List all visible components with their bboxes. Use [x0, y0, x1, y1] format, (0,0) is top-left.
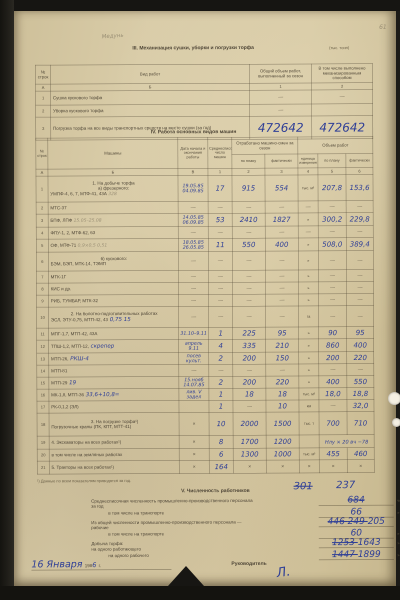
machine-name-line: ТПШ-1,2, МТП-12, скрепер [51, 343, 178, 350]
count-cell: 53 [208, 213, 232, 226]
printed-value: МТП-29 [51, 380, 67, 385]
section5-lines: Среднесписочная численность промышленно-… [91, 497, 374, 562]
total-volume-cell: 472642 [250, 116, 312, 139]
handwritten-value: 220 [354, 354, 367, 362]
headcount-value: 1447 1899 [319, 549, 394, 560]
shifts-fact-cell: 1000 [266, 448, 299, 460]
date-cell [179, 400, 209, 412]
index-cell: А [36, 169, 48, 176]
volume-fact-cell: 153,6 [346, 175, 373, 201]
row-num: 2 [36, 202, 48, 214]
volume-fact-cell: — [347, 306, 374, 327]
machine-name-cell: ОФ, МТФ-71 0,9×0,5 0,51 [48, 239, 178, 253]
volume-plan-cell: 18,0 [319, 388, 347, 400]
punch-hole [392, 418, 400, 427]
volume-plan-cell: 455 [319, 448, 347, 460]
row-num: 7 [36, 271, 48, 283]
volume-plan-cell: 508,0 [318, 238, 346, 251]
headcount-label: в том числе на транспорте [91, 531, 273, 537]
work-label: Уборка кускового торфа [51, 104, 250, 117]
printed-value: УМПФ-4, 6, 7, МТФ-41, 43А [50, 191, 107, 196]
machine-name-cell: б) кускового:БЭМ, БЭП, МТК-14, ТЭМП [48, 252, 178, 272]
shifts-fact-cell: — [265, 201, 298, 213]
machine-row: 2МТС-37——————— [36, 201, 373, 214]
handwritten-value: 684 [348, 494, 365, 505]
scan-edge-left [0, 0, 14, 600]
col-header-volume: Объем работ [298, 137, 373, 154]
row-num: 20 [37, 449, 49, 461]
shifts-plan-cell: — [232, 294, 265, 306]
count-cell: 10 [209, 412, 233, 435]
handwritten-value: 400 [326, 378, 339, 386]
handwritten-value: 14.07.85 [180, 382, 208, 387]
machine-name-cell: МПГ-1,7, МТП-42, 43А [49, 328, 179, 341]
printed-value: ТПШ-1,2, МТП-12, [51, 344, 89, 349]
row-num: 18 [37, 413, 49, 436]
machine-row: 102. На болотно-подготовительных работах… [37, 306, 374, 328]
year-printed: 198 [85, 563, 93, 568]
machine-name-cell: 1. На добыче торфаа) фрезерного:УМПФ-4, … [48, 176, 178, 203]
machine-row: 17РК-0,1,2 (ЭЛ)1—10км—32,0 [37, 400, 374, 413]
shifts-fact-cell: — [265, 226, 298, 238]
value-suffix: » [397, 553, 399, 558]
volume-fact-cell: — [347, 364, 374, 376]
handwritten-value: 550 [354, 378, 367, 386]
count-cell: 2 [209, 376, 233, 388]
handwritten-value: 1500 [274, 420, 292, 428]
date-cell: 15.нояб14.07.85 [179, 376, 209, 388]
handwritten-value: 915 [242, 184, 255, 192]
count-cell: — [208, 226, 232, 238]
shifts-plan-cell: 200 [233, 352, 266, 364]
printed-value: МТП-26, [51, 356, 69, 361]
headcount-label: Добыча торфа: на одного работающего [91, 541, 256, 552]
unit-cell: » [299, 339, 319, 352]
shifts-plan-cell: 1700 [233, 435, 266, 448]
handwritten-value: культ. [180, 358, 208, 363]
row-num: 6 [36, 252, 48, 271]
scanned-page-background: Медунь 61 III. Механизация сушки, уборки… [0, 0, 400, 600]
year-handwritten: 6 [92, 562, 96, 570]
shifts-plan-cell: 225 [233, 327, 266, 339]
count-cell: — [208, 294, 232, 306]
count-cell: 1 [209, 327, 233, 339]
count-cell: 1 [209, 400, 233, 412]
handwritten-value: РКШ-4 [68, 355, 88, 362]
machine-name-line: МПГ-1,7, МТП-42, 43А [51, 331, 178, 337]
printed-value: ФПУ-1, 2, МТФ-62, 63 [50, 230, 95, 235]
row-num: 10 [37, 307, 49, 328]
col-header-date: Дата начала и окончания работы [178, 137, 208, 168]
row-num: 5 [36, 239, 48, 252]
headcount-value: 684 [319, 494, 394, 505]
handwritten-value: 200 [243, 354, 256, 362]
col-header-work: Вид работ [50, 64, 249, 84]
col-header-rownum: № строк [35, 65, 50, 84]
row-num: 16 [37, 389, 49, 401]
value-suffix: » [397, 532, 399, 537]
handwritten-value: 1200 [274, 438, 292, 446]
handwritten-value: скрепер [89, 343, 114, 350]
volume-fact-cell: — [346, 226, 373, 238]
handwritten-value: 164 [215, 463, 228, 471]
shifts-plan-cell: 335 [233, 339, 266, 352]
count-cell: 164 [209, 460, 233, 473]
handwritten-value: 11 [216, 241, 225, 249]
handwritten-value: 10 [217, 420, 226, 428]
handwritten-value: 207,8 [322, 184, 342, 192]
mech-volume-cell: 472642 [312, 116, 373, 139]
shifts-fact-cell: — [265, 294, 298, 306]
value-suffix: » [397, 541, 399, 546]
handwritten-value: 229,8 [350, 215, 370, 223]
signature-label: Руководитель [231, 561, 266, 567]
date-cell: посевкульт. [179, 352, 209, 364]
shifts-plan-cell: 550 [232, 238, 265, 251]
handwritten-value: 10 [278, 402, 287, 410]
volume-plan-cell: 207,8 [318, 175, 346, 201]
printed-value: 0,9×0,5 0,51 [76, 243, 107, 248]
volume-plan-cell: — [318, 282, 346, 294]
volume-fact-cell: — [346, 251, 373, 270]
volume-note-cell: Нлу × 20 вч −78 [319, 435, 374, 448]
footnote: ¹) Данные по всем показателям приводятся… [37, 478, 131, 483]
shifts-plan-cell: — [232, 270, 265, 282]
volume-fact-cell: — [346, 201, 373, 213]
printed-value: БЭМ, БЭП, МТК-14, ТЭМП [51, 261, 106, 266]
index-cell: А [36, 84, 51, 91]
handwritten-value: 700 [326, 419, 339, 427]
shifts-plan-cell: — [233, 306, 266, 327]
mech-volume-cell: — [312, 90, 373, 104]
unit-cell: тыс. м³ [298, 175, 318, 201]
shifts-fact-cell: — [266, 364, 299, 376]
row-num: 17 [37, 401, 49, 413]
machine-name-cell: МТП-26, РКШ-4 [49, 353, 179, 366]
shifts-fact-cell: — [266, 306, 299, 327]
machine-name-cell: 4. Экскаваторы на всех работах¹) [49, 436, 179, 450]
headcount-label: Среднесписочная численность промышленно-… [91, 498, 256, 509]
printed-value: РК-0,1,2 (ЭЛ) [51, 404, 78, 409]
count-cell: — [209, 306, 233, 327]
handwritten-value: 220 [276, 378, 289, 386]
headcount-new-value: 237 [336, 479, 355, 491]
machine-name-line: МТС-37 [50, 205, 177, 211]
handwritten-value: 200 [243, 378, 256, 386]
date-cell: × [179, 448, 209, 460]
volume-plan-cell: 400 [319, 376, 347, 388]
handwritten-value: 90 [328, 329, 337, 337]
row-num: 11 [37, 328, 49, 340]
handwritten-value: 389,4 [350, 240, 370, 248]
machine-name-cell: в том числе на земляных работах [49, 449, 179, 462]
row-num: 14 [37, 365, 49, 377]
col-header-shift-fact: фактически [265, 154, 298, 168]
row-num: 2 [36, 105, 51, 117]
shifts-fact-cell: 18 [266, 388, 299, 400]
date-cell: — [178, 270, 208, 282]
shifts-fact-cell: 150 [266, 352, 299, 364]
handwritten-value: 2 [219, 378, 223, 386]
handwritten-value: 550 [242, 241, 255, 249]
page-number: 61 [379, 23, 387, 30]
row-num: 3 [36, 214, 48, 227]
row-num: 1 [36, 176, 48, 202]
machine-name-cell: ТПШ-1,2, МТП-12, скрепер [49, 340, 179, 354]
date-cell: — [179, 306, 209, 327]
shifts-plan-cell: 915 [232, 175, 265, 201]
unit-cell: » [298, 213, 318, 226]
year-suffix: г. [99, 563, 101, 568]
machine-name-cell: 3. На погрузке торфа¹)Погрузочные краны … [49, 413, 179, 437]
volume-fact-cell: 389,4 [346, 238, 373, 251]
volume-fact-cell: 710 [347, 412, 374, 435]
machine-name-cell: РИБ, ТУМБАР, МТК-32 [48, 295, 178, 308]
handwritten-value: 19 [67, 379, 76, 386]
date-cell: — [178, 226, 208, 238]
section5-title: V. Численность работников [181, 488, 250, 494]
machine-name-line: 4. Экскаваторы на всех работах¹) [51, 440, 178, 446]
machine-name-cell: КИС и др. [48, 283, 178, 296]
unit-cell: » [299, 364, 319, 376]
count-cell: 17 [208, 175, 232, 201]
volume-fact-cell: — [346, 270, 373, 282]
machine-name-line: МК-1,8, МТП-36 33,6+10,8= [51, 391, 178, 398]
headcount-label: на одного рабочего [91, 552, 273, 558]
unit-cell: га [299, 306, 319, 327]
machine-row: 6б) кускового:БЭМ, БЭП, МТК-14, ТЭМП————… [36, 251, 373, 271]
handwritten-value: 1899 [358, 549, 381, 560]
handwritten-value: 2 [219, 354, 223, 362]
handwritten-value: 18 [245, 390, 254, 398]
volume-fact-cell: 95 [347, 327, 374, 339]
shifts-fact-cell: 1827 [265, 213, 298, 226]
volume-plan-cell: 90 [319, 327, 347, 339]
handwritten-value: 95 [278, 329, 287, 337]
handwritten-value: 04.09.85 [179, 188, 207, 193]
unit-cell: тыс. м³ [299, 448, 319, 460]
date-cell: — [178, 251, 208, 270]
date-cell: 19.05.8504.09.85 [178, 175, 208, 201]
count-cell: — [208, 251, 232, 270]
machine-name-line: МТП-81 [51, 368, 178, 374]
shifts-fact-cell: — [265, 270, 298, 282]
unit-cell [299, 435, 319, 448]
shifts-fact-cell: 400 [265, 238, 298, 251]
handwritten-value: 18,8 [353, 390, 369, 398]
volume-plan-cell: 700 [319, 412, 347, 435]
shifts-plan-cell: — [232, 226, 265, 238]
count-cell: — [208, 270, 232, 282]
unit-cell: тыс. т [299, 412, 319, 435]
date-cell: × [179, 412, 209, 435]
count-cell: — [208, 201, 232, 213]
pencil-top-note: Медунь [101, 32, 123, 40]
section4-body: 11. На добыче торфаа) фрезерного:УМПФ-4,… [36, 175, 374, 474]
handwritten-value: 1700 [241, 438, 259, 446]
printed-value: РИБ, ТУМБАР, МТК-32 [51, 298, 98, 303]
machine-name-line: 5. Тракторы на всех работах¹) [51, 465, 178, 471]
handwritten-value: 446 [328, 516, 348, 527]
headcount-label: Из общей численности промышленно-произво… [91, 519, 256, 530]
work-row: 2Уборка кускового торфа— [36, 104, 373, 117]
volume-plan-cell: — [318, 270, 346, 282]
unit-cell: × [299, 460, 319, 473]
col-header-rownum: № строк [36, 138, 48, 169]
count-cell: 8 [209, 435, 233, 448]
work-label: Сушка кускового торфа [51, 90, 250, 105]
row-num: 15 [37, 377, 49, 389]
machine-name-line: Погрузочные краны (ПК, КПТ, МТТ-41) [51, 424, 178, 430]
machine-row: 14МТП-81————»—— [37, 364, 374, 377]
printed-value: КИС и др. [51, 286, 72, 291]
paper-sheet: Медунь 61 III. Механизация сушки, уборки… [14, 10, 396, 586]
volume-plan-cell: — [319, 364, 347, 376]
shifts-fact-cell: — [265, 282, 298, 294]
handwritten-value: 53 [216, 216, 225, 224]
unit-cell: » [299, 352, 319, 364]
volume-plan-cell: × [319, 460, 347, 473]
total-volume-cell: — [250, 104, 312, 116]
handwritten-value: 8 [219, 438, 223, 446]
machine-name-line: УМПФ-4, 6, 7, МТФ-41, 43А 328 [50, 191, 177, 197]
handwritten-value: 95 [356, 329, 365, 337]
headcount-value: 446 249 205 [319, 516, 394, 527]
handwritten-value: 6 [219, 450, 223, 458]
row-num: 19 [37, 436, 49, 449]
count-cell: — [209, 364, 233, 376]
machine-name-line: ФПУ-1, 2, МТФ-62, 63 [50, 230, 177, 236]
handwritten-value: 210 [276, 342, 289, 350]
section3-unit-hint: (тыс. тонн) [329, 46, 349, 51]
scan-artifact-triangle [168, 566, 204, 586]
volume-fact-cell: 229,8 [346, 213, 373, 226]
machine-row: 215. Тракторы на всех работах¹)×164××××× [37, 460, 374, 474]
machine-name-line: МТП-29 19 [51, 379, 178, 386]
unit-cell: » [298, 282, 318, 294]
machine-name-line: РК-0,1,2 (ЭЛ) [51, 404, 178, 410]
printed-value: МТП-81 [51, 368, 67, 373]
mech-volume-cell [312, 104, 373, 116]
handwritten-value: 0,75 15 [108, 316, 131, 323]
punch-hole [388, 392, 400, 405]
shifts-plan-cell: — [232, 282, 265, 294]
volume-plan-cell: — [318, 201, 346, 213]
printed-value: Погрузочные краны (ПК, КПТ, МТТ-41) [51, 424, 131, 429]
handwritten-value: 400 [275, 241, 288, 249]
date-line: 16 Января 1986 г. [31, 558, 171, 570]
shifts-plan-cell: — [233, 364, 266, 376]
handwritten-value: 9.11 [180, 346, 208, 351]
handwritten-value: 460 [354, 450, 367, 458]
handwritten-value: 508,0 [322, 240, 342, 248]
machine-name-cell: МК-1,8, МТП-36 33,6+10,8= [49, 389, 179, 402]
shifts-plan-cell: 200 [233, 376, 266, 388]
printed-value: ЭСЛ, ЭТУ-0,75, МТП-42, 43 [51, 317, 108, 322]
handwritten-value: 1253 [332, 537, 358, 548]
volume-plan-cell: — [319, 400, 347, 412]
unit-cell: км [299, 400, 319, 412]
unit-cell: » [298, 251, 318, 270]
row-num: 21 [37, 461, 49, 474]
printed-value: 15.05–25.08 [72, 218, 101, 223]
date-cell: 18.05.8526.05.85 [178, 238, 208, 251]
section4-table: № строк Машины Дата начала и окончания р… [36, 136, 375, 474]
handwritten-value: 205 [368, 516, 385, 527]
handwritten-value: 249 [348, 516, 368, 527]
handwritten-value: 225 [242, 329, 255, 337]
printed-value: 5. Тракторы на всех работах¹) [51, 465, 114, 470]
shifts-fact-cell: 220 [266, 376, 299, 388]
printed-value: МТС-37 [50, 205, 66, 210]
value-suffix: » [397, 510, 399, 515]
machine-row: 183. На погрузке торфа¹)Погрузочные кран… [37, 412, 374, 436]
machine-name-cell: МТП-29 19 [49, 377, 179, 390]
col-header-unit: единица измерения [298, 154, 318, 168]
row-num: 1 [36, 91, 51, 105]
unit-cell: » [299, 376, 319, 388]
volume-fact-cell: 220 [347, 352, 374, 364]
date-handwritten: 16 Января [31, 559, 82, 570]
handwritten-value: 554 [275, 184, 288, 192]
machine-name-cell: МТП-81 [49, 365, 179, 378]
volume-plan-cell: 860 [319, 339, 347, 352]
machine-name-cell: МТС-37 [48, 202, 178, 215]
shifts-plan-cell: — [233, 400, 266, 412]
col-header-worked: Отработано машино-смен за сезон [232, 137, 298, 154]
shifts-plan-cell: × [233, 460, 266, 473]
unit-cell: » [298, 270, 318, 282]
printed-value: в том числе на земляных работах [51, 452, 122, 457]
date-cell: × [179, 435, 209, 448]
volume-plan-cell: — [318, 226, 346, 238]
col-header-shift-plan: по плану [232, 154, 265, 168]
machine-name-line: КИС и др. [51, 286, 178, 292]
date-cell: — [178, 294, 208, 306]
printed-value: 4. Экскаваторы на всех работах¹) [51, 440, 121, 445]
volume-fact-cell: 32,0 [347, 400, 374, 412]
shifts-plan-cell: — [232, 201, 265, 213]
date-cell: лив. Vзадел [179, 388, 209, 400]
volume-plan-cell: — [319, 306, 347, 327]
col-header-vol-plan: по плану [318, 154, 346, 168]
headcount-label: в том числе на транспорте [91, 510, 273, 516]
shifts-plan-cell: 2000 [233, 412, 266, 435]
handwritten-value: 26.05.85 [180, 245, 208, 250]
handwritten-value: 153,6 [349, 184, 369, 192]
machine-name-cell: 2. На болотно-подготовительных работахЭС… [49, 307, 179, 329]
volume-plan-cell: 300,2 [318, 213, 346, 226]
section3-title: III. Механизация сушки, уборки и погрузк… [14, 44, 372, 51]
headcount-value: 1253 1643 [319, 537, 394, 548]
handwritten-value: 1000 [274, 450, 292, 458]
total-volume-cell: — [250, 90, 312, 104]
date-cell: апрель9.11 [179, 339, 209, 352]
count-cell: 11 [208, 238, 232, 251]
date-cell: × [179, 460, 209, 473]
printed-value: ОФ, МТФ-71 [51, 243, 77, 248]
date-cell: — [178, 201, 208, 213]
row-num: 4 [36, 227, 48, 239]
handwritten-value: 200 [326, 354, 339, 362]
unit-cell: — [298, 226, 318, 238]
unit-cell: » [298, 238, 318, 251]
unit-cell: » [298, 294, 318, 306]
shifts-fact-cell: 554 [265, 175, 298, 201]
machine-name-cell: МТК-1Г [48, 271, 178, 284]
handwritten-value: Нлу × 20 вч −78 [325, 439, 368, 445]
count-cell: — [208, 282, 232, 294]
